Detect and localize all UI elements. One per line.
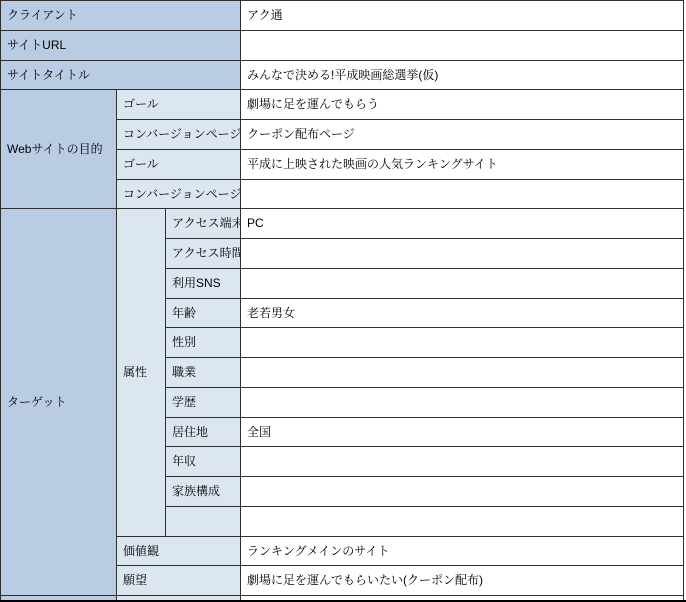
attr-family-value-cell[interactable]	[241, 477, 683, 506]
attr-blank-value-cell[interactable]	[241, 507, 683, 536]
attr-access-device-value-cell[interactable]: PC	[241, 209, 683, 238]
attr-family-label-cell[interactable]: 家族構成	[166, 477, 240, 506]
attr-age-value-cell[interactable]: 老若男女	[241, 299, 683, 328]
site-title-label-cell[interactable]: サイトタイトル	[1, 61, 240, 90]
site-url-label-cell[interactable]: サイトURL	[1, 31, 240, 60]
target-label-cell[interactable]: ターゲット	[1, 209, 116, 595]
attr-occupation-value-cell[interactable]	[241, 358, 683, 387]
attr-education-label-cell[interactable]: 学歴	[166, 388, 240, 417]
purpose-conversion-1-value-cell[interactable]: クーポン配布ページ	[241, 120, 683, 149]
target-attribute-label-cell[interactable]: 属性	[117, 209, 165, 535]
purpose-goal-1-label-cell[interactable]: ゴール	[117, 90, 240, 119]
attr-sns-value-cell[interactable]	[241, 269, 683, 298]
attr-gender-label-cell[interactable]: 性別	[166, 328, 240, 357]
requirements-table: クライアント アク通 サイトURL サイトタイトル みんなで決める!平成映画総選…	[0, 0, 684, 600]
site-title-value-cell[interactable]: みんなで決める!平成映画総選挙(仮)	[241, 61, 683, 90]
site-url-value-cell[interactable]	[241, 31, 683, 60]
target-values-value-cell[interactable]: ランキングメインのサイト	[241, 537, 683, 566]
attr-residence-label-cell[interactable]: 居住地	[166, 418, 240, 447]
target-desire-label-cell[interactable]: 願望	[117, 566, 240, 595]
spreadsheet-page: クライアント アク通 サイトURL サイトタイトル みんなで決める!平成映画総選…	[0, 0, 686, 602]
attr-gender-value-cell[interactable]	[241, 328, 683, 357]
client-value-cell[interactable]: アク通	[241, 1, 683, 30]
target-values-label-cell[interactable]: 価値観	[117, 537, 240, 566]
attr-residence-value-cell[interactable]: 全国	[241, 418, 683, 447]
purpose-label-cell[interactable]: Webサイトの目的	[1, 90, 116, 208]
attr-access-device-label-cell[interactable]: アクセス端末	[166, 209, 240, 238]
purpose-goal-2-label-cell[interactable]: ゴール	[117, 150, 240, 179]
client-label-cell[interactable]: クライアント	[1, 1, 240, 30]
purpose-conversion-1-label-cell[interactable]: コンバージョンページ	[117, 120, 240, 149]
purpose-conversion-2-value-cell[interactable]	[241, 180, 683, 209]
attr-access-time-value-cell[interactable]	[241, 239, 683, 268]
attr-income-value-cell[interactable]	[241, 447, 683, 476]
purpose-goal-2-value-cell[interactable]: 平成に上映された映画の人気ランキングサイト	[241, 150, 683, 179]
attr-income-label-cell[interactable]: 年収	[166, 447, 240, 476]
attr-access-time-label-cell[interactable]: アクセス時間	[166, 239, 240, 268]
target-desire-value-cell[interactable]: 劇場に足を運んでもらいたい(クーポン配布)	[241, 566, 683, 595]
attr-blank-label-cell[interactable]	[166, 507, 240, 536]
purpose-conversion-2-label-cell[interactable]: コンバージョンページ	[117, 180, 240, 209]
attr-sns-label-cell[interactable]: 利用SNS	[166, 269, 240, 298]
attr-occupation-label-cell[interactable]: 職業	[166, 358, 240, 387]
attr-age-label-cell[interactable]: 年齢	[166, 299, 240, 328]
attr-education-value-cell[interactable]	[241, 388, 683, 417]
purpose-goal-1-value-cell[interactable]: 劇場に足を運んでもらう	[241, 90, 683, 119]
